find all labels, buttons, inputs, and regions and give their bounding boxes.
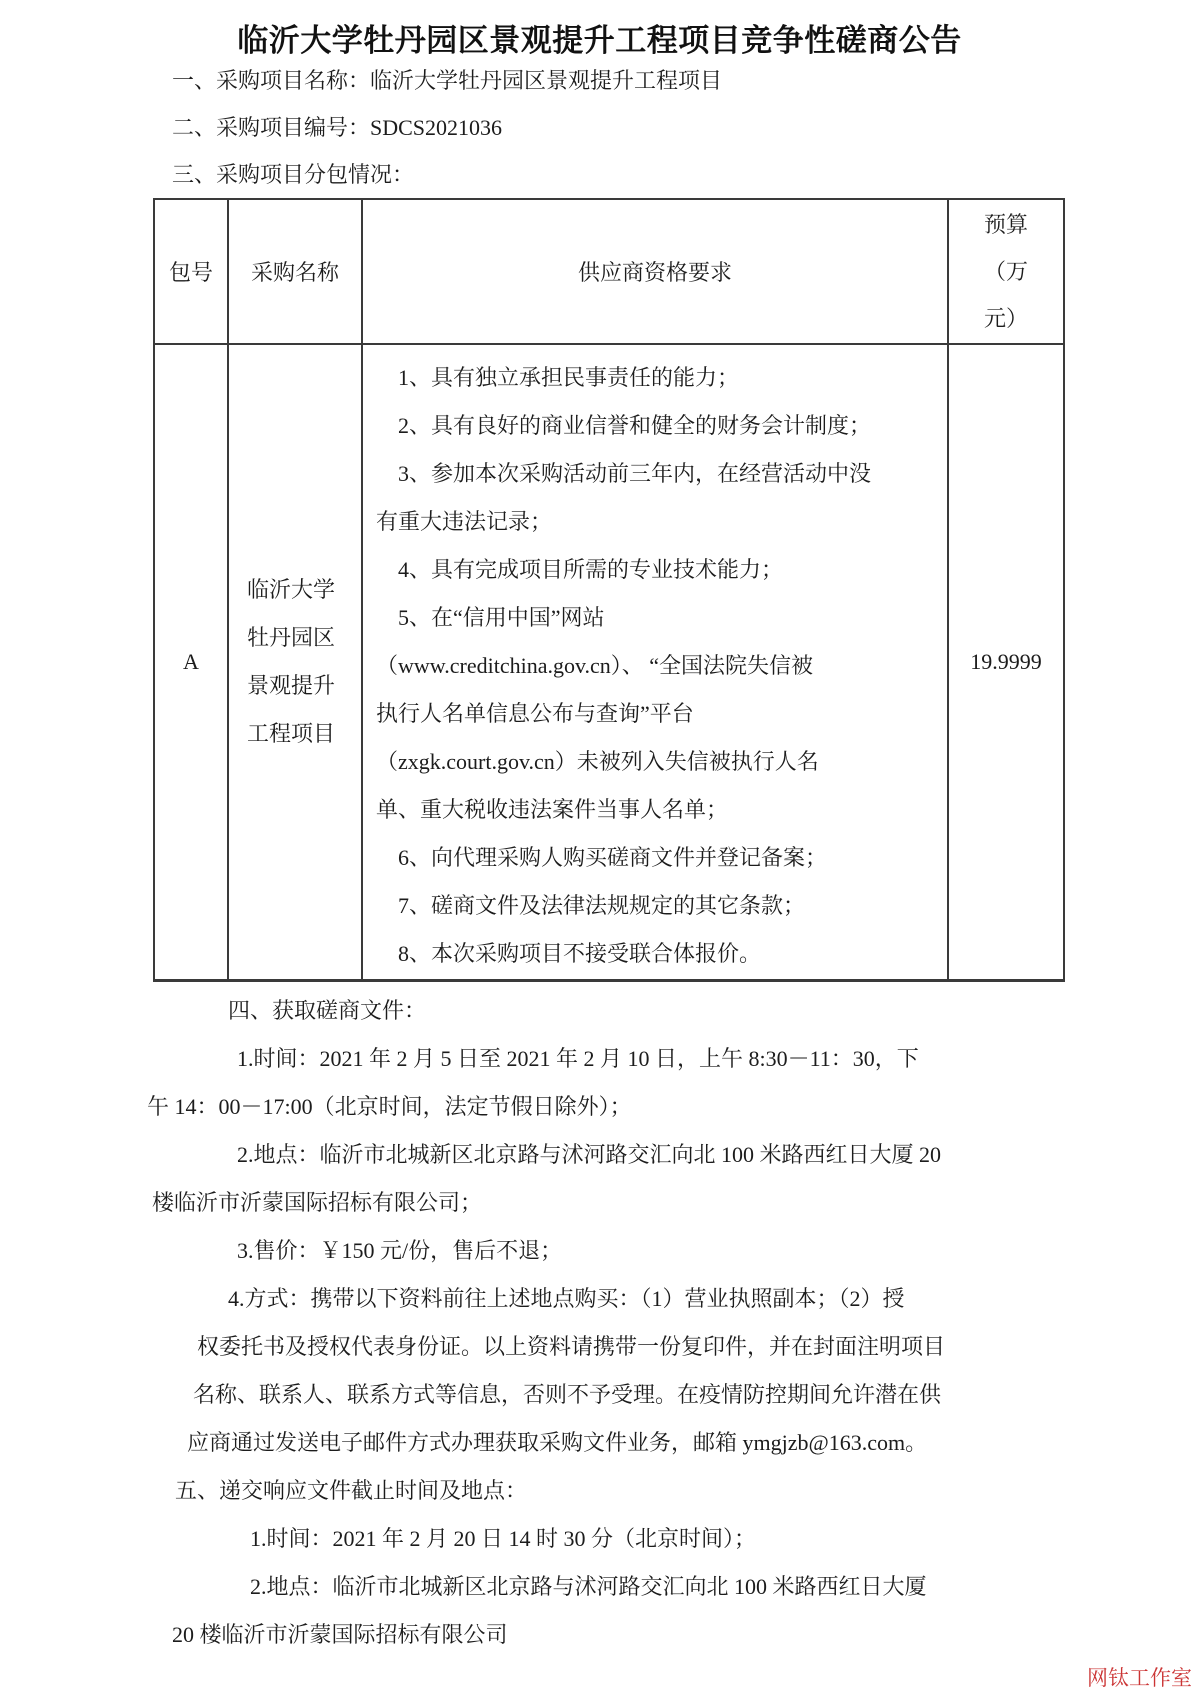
qualification-line-3-cont: 有重大违法记录； — [364, 498, 946, 546]
header-budget-line: （万 — [950, 248, 1062, 295]
section-5-time-line: 1.时间：2021 年 2 月 20 日 14 时 30 分（北京时间）； — [147, 1515, 1052, 1563]
procurement-name-line: 临沂大学 — [230, 566, 360, 614]
section-4-method-line: 4.方式：携带以下资料前往上述地点购买：（1）营业执照副本；（2）授 — [147, 1275, 1052, 1323]
section-5-heading: 五、递交响应文件截止时间及地点： — [147, 1467, 1052, 1515]
header-package-no: 包号 — [154, 199, 228, 344]
qualification-line-2: 2、具有良好的商业信誉和健全的财务会计制度； — [364, 402, 946, 450]
qualification-line-4: 4、具有完成项目所需的专业技术能力； — [364, 546, 946, 594]
cell-supplier-qualification: 1、具有独立承担民事责任的能力； 2、具有良好的商业信誉和健全的财务会计制度； … — [362, 344, 948, 981]
packages-table: 包号 采购名称 供应商资格要求 预算 （万 元） A 临沂大学 牡丹园区 景观提… — [153, 198, 1065, 982]
section-4-method-cont2: 名称、联系人、联系方式等信息，否则不予受理。在疫情防控期间允许潜在供 — [147, 1371, 1052, 1419]
header-supplier-qualification: 供应商资格要求 — [362, 199, 948, 344]
cell-package-no: A — [154, 344, 228, 981]
qualification-line-5-cont3: （zxgk.court.gov.cn）未被列入失信被执行人名 — [364, 738, 946, 786]
header-budget: 预算 （万 元） — [948, 199, 1064, 344]
cell-budget-value: 19.9999 — [948, 344, 1064, 981]
section-4-method-cont1: 权委托书及授权代表身份证。以上资料请携带一份复印件，并在封面注明项目 — [147, 1323, 1052, 1371]
table-row-package-a: A 临沂大学 牡丹园区 景观提升 工程项目 1、具有独立承担民事责任的能力； 2… — [154, 344, 1064, 981]
qualification-line-1: 1、具有独立承担民事责任的能力； — [364, 354, 946, 402]
qualification-line-6: 6、向代理采购人购买磋商文件并登记备案； — [364, 834, 946, 882]
procurement-name-line: 景观提升 — [230, 662, 360, 710]
section-4-price-line: 3.售价：￥150 元/份，售后不退； — [147, 1227, 1052, 1275]
section-4-heading: 四、获取磋商文件： — [147, 987, 1052, 1035]
intro-line-project-number: 二、采购项目编号：SDCS2021036 — [147, 104, 1052, 151]
intro-line-project-name: 一、采购项目名称：临沂大学牡丹园区景观提升工程项目 — [147, 57, 1052, 104]
section-4-method-cont3: 应商通过发送电子邮件方式办理获取采购文件业务，邮箱 ymgjzb@163.com… — [147, 1419, 1052, 1467]
header-budget-line: 元） — [950, 295, 1062, 342]
section-4-place-cont: 楼临沂市沂蒙国际招标有限公司； — [147, 1179, 1052, 1227]
procurement-name-line: 牡丹园区 — [230, 614, 360, 662]
document-content: 临沂大学牡丹园区景观提升工程项目竞争性磋商公告 一、采购项目名称：临沂大学牡丹园… — [147, 0, 1052, 1659]
watermark: 网钛工作室 — [1087, 1666, 1192, 1690]
header-procurement-name: 采购名称 — [228, 199, 362, 344]
qualification-line-5: 5、在“信用中国”网站 — [364, 594, 946, 642]
qualification-line-7: 7、磋商文件及法律法规规定的其它条款； — [364, 882, 946, 930]
qualification-line-5-cont4: 单、重大税收违法案件当事人名单； — [364, 786, 946, 834]
section-5-place-cont: 20 楼临沂市沂蒙国际招标有限公司 — [147, 1611, 1052, 1659]
qualification-line-3: 3、参加本次采购活动前三年内，在经营活动中没 — [364, 450, 946, 498]
qualification-line-5-cont2: 执行人名单信息公布与查询”平台 — [364, 690, 946, 738]
section-4-time-line: 1.时间：2021 年 2 月 5 日至 2021 年 2 月 10 日，上午 … — [147, 1035, 1052, 1083]
cell-procurement-name: 临沂大学 牡丹园区 景观提升 工程项目 — [228, 344, 362, 981]
qualification-line-8: 8、本次采购项目不接受联合体报价。 — [364, 930, 946, 978]
header-budget-line: 预算 — [950, 201, 1062, 248]
procurement-name-line: 工程项目 — [230, 710, 360, 758]
document-page: { "document": { "title": "临沂大学牡丹园区景观提升工程… — [0, 0, 1199, 1696]
qualification-line-5-cont1: （www.creditchina.gov.cn）、 “全国法院失信被 — [364, 642, 946, 690]
table-header-row: 包号 采购名称 供应商资格要求 预算 （万 元） — [154, 199, 1064, 344]
section-4-place-line: 2.地点：临沂市北城新区北京路与沭河路交汇向北 100 米路西红日大厦 20 — [147, 1131, 1052, 1179]
qualification-list: 1、具有独立承担民事责任的能力； 2、具有良好的商业信誉和健全的财务会计制度； … — [364, 346, 946, 978]
document-title: 临沂大学牡丹园区景观提升工程项目竞争性磋商公告 — [147, 0, 1052, 57]
section-4-time-cont: 午 14：00－17:00（北京时间，法定节假日除外）； — [147, 1083, 1052, 1131]
intro-line-packages: 三、采购项目分包情况： — [147, 151, 1052, 198]
section-5-place-line: 2.地点：临沂市北城新区北京路与沭河路交汇向北 100 米路西红日大厦 — [147, 1563, 1052, 1611]
